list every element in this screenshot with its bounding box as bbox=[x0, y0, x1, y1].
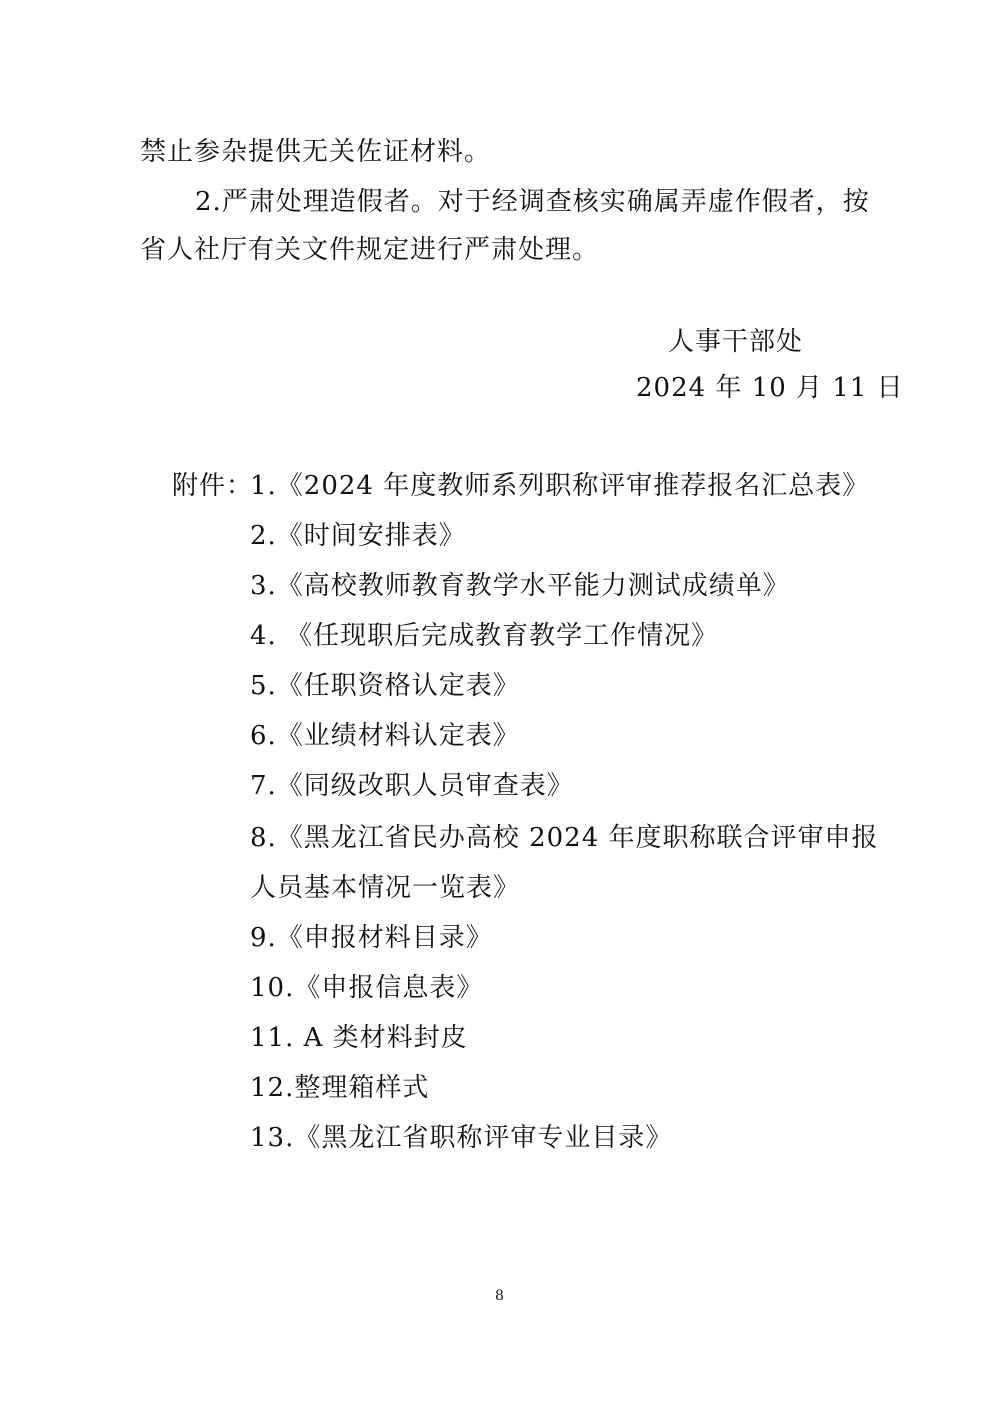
attachment-item: 8.《黑龙江省民办高校 2024 年度职称联合评审申报 bbox=[250, 822, 879, 854]
body-paragraph-2-line-2: 省人社厅有关文件规定进行严肃处理。 bbox=[140, 234, 599, 266]
attachment-item: 13.《黑龙江省职称评审专业目录》 bbox=[250, 1122, 672, 1154]
attachment-item: 6.《业绩材料认定表》 bbox=[250, 720, 520, 752]
attachment-item: 2.《时间安排表》 bbox=[250, 520, 466, 552]
attachment-item: 10.《申报信息表》 bbox=[250, 972, 483, 1004]
attachments-label: 附件： bbox=[172, 470, 253, 502]
attachment-item: 9.《申报材料目录》 bbox=[250, 922, 493, 954]
body-paragraph-1-tail: 禁止参杂提供无关佐证材料。 bbox=[140, 136, 491, 168]
page-number: 8 bbox=[0, 1288, 999, 1304]
attachment-item: 12.整理箱样式 bbox=[250, 1072, 429, 1104]
attachment-item: 7.《同级改职人员审查表》 bbox=[250, 770, 574, 802]
attachment-item: 5.《任职资格认定表》 bbox=[250, 670, 520, 702]
signature-date: 2024 年 10 月 11 日 bbox=[636, 372, 904, 404]
attachment-item: 4. 《任现职后完成教育教学工作情况》 bbox=[250, 620, 718, 652]
attachment-item: 3.《高校教师教育教学水平能力测试成绩单》 bbox=[250, 570, 790, 602]
attachment-item: 1.《2024 年度教师系列职称评审推荐报名汇总表》 bbox=[250, 470, 869, 502]
attachment-item-continuation: 人员基本情况一览表》 bbox=[250, 872, 520, 904]
body-paragraph-2-line-1: 2.严肃处理造假者。对于经调查核实确属弄虚作假者，按 bbox=[195, 186, 870, 218]
attachment-item: 11. A 类材料封皮 bbox=[250, 1022, 468, 1054]
signature-department: 人事干部处 bbox=[668, 326, 803, 358]
